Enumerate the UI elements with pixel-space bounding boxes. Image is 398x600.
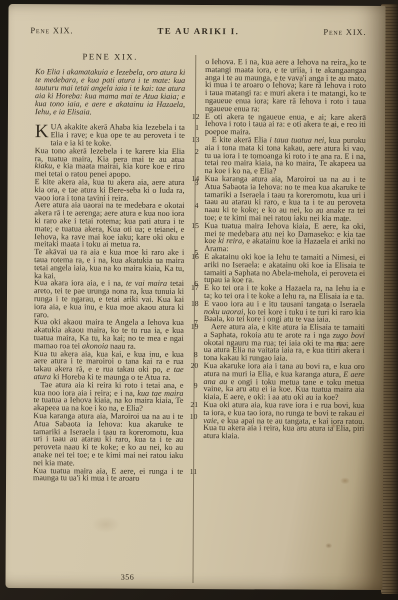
verse-number: 4	[186, 202, 198, 210]
verse-number: 2	[187, 148, 199, 156]
photo-backdrop: Pene XIX. TE AU ARIKI I. Pene XIX. PENE …	[0, 0, 398, 600]
verse-text: UA akakite akerā Ahaba kia Iezebela i ta…	[51, 123, 185, 148]
verse: 6Kua akara iora aia, e i na, te vai mair…	[34, 280, 184, 320]
drop-cap: K	[35, 124, 51, 141]
verse: o Iehova. E i na, kua aere a Iehova na r…	[205, 58, 366, 113]
page-header: Pene XIX. TE AU ARIKI I. Pene XIX.	[30, 25, 366, 37]
verse-number: 9	[186, 382, 198, 390]
verse-text: Kua tu akera aia, kua kai, e kua inu, e …	[34, 349, 184, 374]
verse: 9Tae atura aia ki reira ki roto i tetai …	[33, 381, 183, 413]
verse-number: 12	[192, 113, 203, 121]
verse: 18E vaoo iora au i e itu tausani tangata…	[204, 300, 365, 324]
verse-number: 18	[191, 300, 202, 308]
verse-number: 20	[191, 362, 202, 370]
verse-number: 1	[187, 124, 199, 132]
verse: 7Kua oki akaou maira te Angela a Iehova …	[34, 319, 184, 351]
verse-text: E oti akera te ngaueue enua, e ai; kare …	[205, 112, 366, 137]
verse: 16E akatainu oki koe ia Iehu te tamaiti …	[204, 253, 365, 285]
verse-number: 10	[185, 413, 197, 421]
chapter-heading: PENE XIX.	[35, 51, 185, 62]
verse-number: 14	[192, 175, 203, 183]
verse: 3E kite akera aia, kua tu akera aia, aer…	[34, 178, 184, 202]
verse: 19Aere atura aia, e kite atura ia Elisai…	[204, 323, 365, 363]
verse: 10Kua karanga atura aia, Maroiroi ua na …	[33, 412, 183, 467]
running-title: TE AU ARIKI I.	[158, 26, 240, 36]
verse-text: Kua karanga atura aia, Maroiroi ua na au…	[33, 411, 183, 467]
verse: 2Kua tono akerā Iezebela i te karere kia…	[35, 147, 185, 179]
verse-text: e ongi i toku metua tane e toku metua va…	[203, 377, 364, 402]
verse-number: 11	[185, 467, 197, 475]
verse: 15Kua tuatua maira Iehova kiaia, E aere,…	[204, 222, 365, 254]
header-left: Pene XIX.	[30, 25, 73, 35]
verse-number: 21	[190, 401, 201, 409]
verse-text: Aere atura aia uaorai na te medebara e o…	[34, 201, 184, 250]
verses-right: o Iehova. E i na, kua aere a Iehova na r…	[203, 58, 366, 441]
verse-text: okotai ngauru ma rua; tei iaia oki te ma…	[204, 338, 365, 363]
verse: 13E kite akerā Elia i taua tuatua nei, k…	[205, 136, 366, 176]
verse-text: , e kua apai na te au tangata, e kai ior…	[203, 416, 364, 441]
verse-text: o Iehova. E i na, kua aere a Iehova na r…	[205, 57, 366, 113]
page-scan: Pene XIX. TE AU ARIKI I. Pene XIX. PENE …	[5, 4, 385, 590]
verse-number: 17	[191, 284, 202, 292]
chapter-summary: Ko Elia i akamatakuia e Iezebela, oro at…	[35, 68, 185, 116]
text-column-left: PENE XIX. Ko Elia i akamatakuia e Iezebe…	[33, 51, 185, 483]
text-column-right: o Iehova. E i na, kua aere a Iehova na r…	[203, 58, 366, 441]
verse: 21Kua oki atura aia, kua rave iora i e r…	[203, 401, 364, 441]
header-right: Pene XIX.	[323, 27, 366, 37]
verse-text: Kua karanga atura aia, Maroiroi ua na au…	[204, 174, 365, 223]
verse-number: 8	[186, 350, 198, 358]
verse: 11Kua tuatua maira aia, E aere, ei runga…	[33, 467, 183, 483]
verse: 1KUA akakite akerā Ahaba kia Iezebela i …	[35, 124, 185, 148]
verse: 4Aere atura aia uaorai na te medebara e …	[34, 202, 184, 250]
verse-number: 13	[192, 136, 203, 144]
verse-text: E akatainu oki koe ia Iehu te tamaiti a …	[204, 252, 365, 285]
verse: 12E oti akera te ngaueue enua, e ai; kar…	[205, 113, 366, 137]
verse: 20Kua akaruke iora aia i tana au bovi ra…	[203, 362, 364, 402]
verse-text: Te akāvai ua ra aia e kua moe ki raro ak…	[34, 247, 184, 280]
verses-left: 1KUA akakite akerā Ahaba kia Iezebela i …	[33, 124, 185, 483]
verse-text: E kite akera aia, kua tu akera aia, aere…	[34, 177, 184, 202]
verse-text: Kua tuatua maira aia, E aere, ei runga i…	[33, 466, 183, 483]
verse: 8Kua tu akera aia, kua kai, e kua inu, e…	[34, 350, 184, 382]
verse-number: 19	[191, 323, 202, 331]
age-blotch	[76, 504, 136, 544]
verse: 14Kua karanga atura aia, Maroiroi ua na …	[204, 175, 365, 223]
verse-number: 15	[191, 222, 202, 230]
verse-number: 16	[191, 253, 202, 261]
verse: 5Te akāvai ua ra aia e kua moe ki raro a…	[34, 248, 184, 280]
page-number: 356	[98, 572, 158, 581]
